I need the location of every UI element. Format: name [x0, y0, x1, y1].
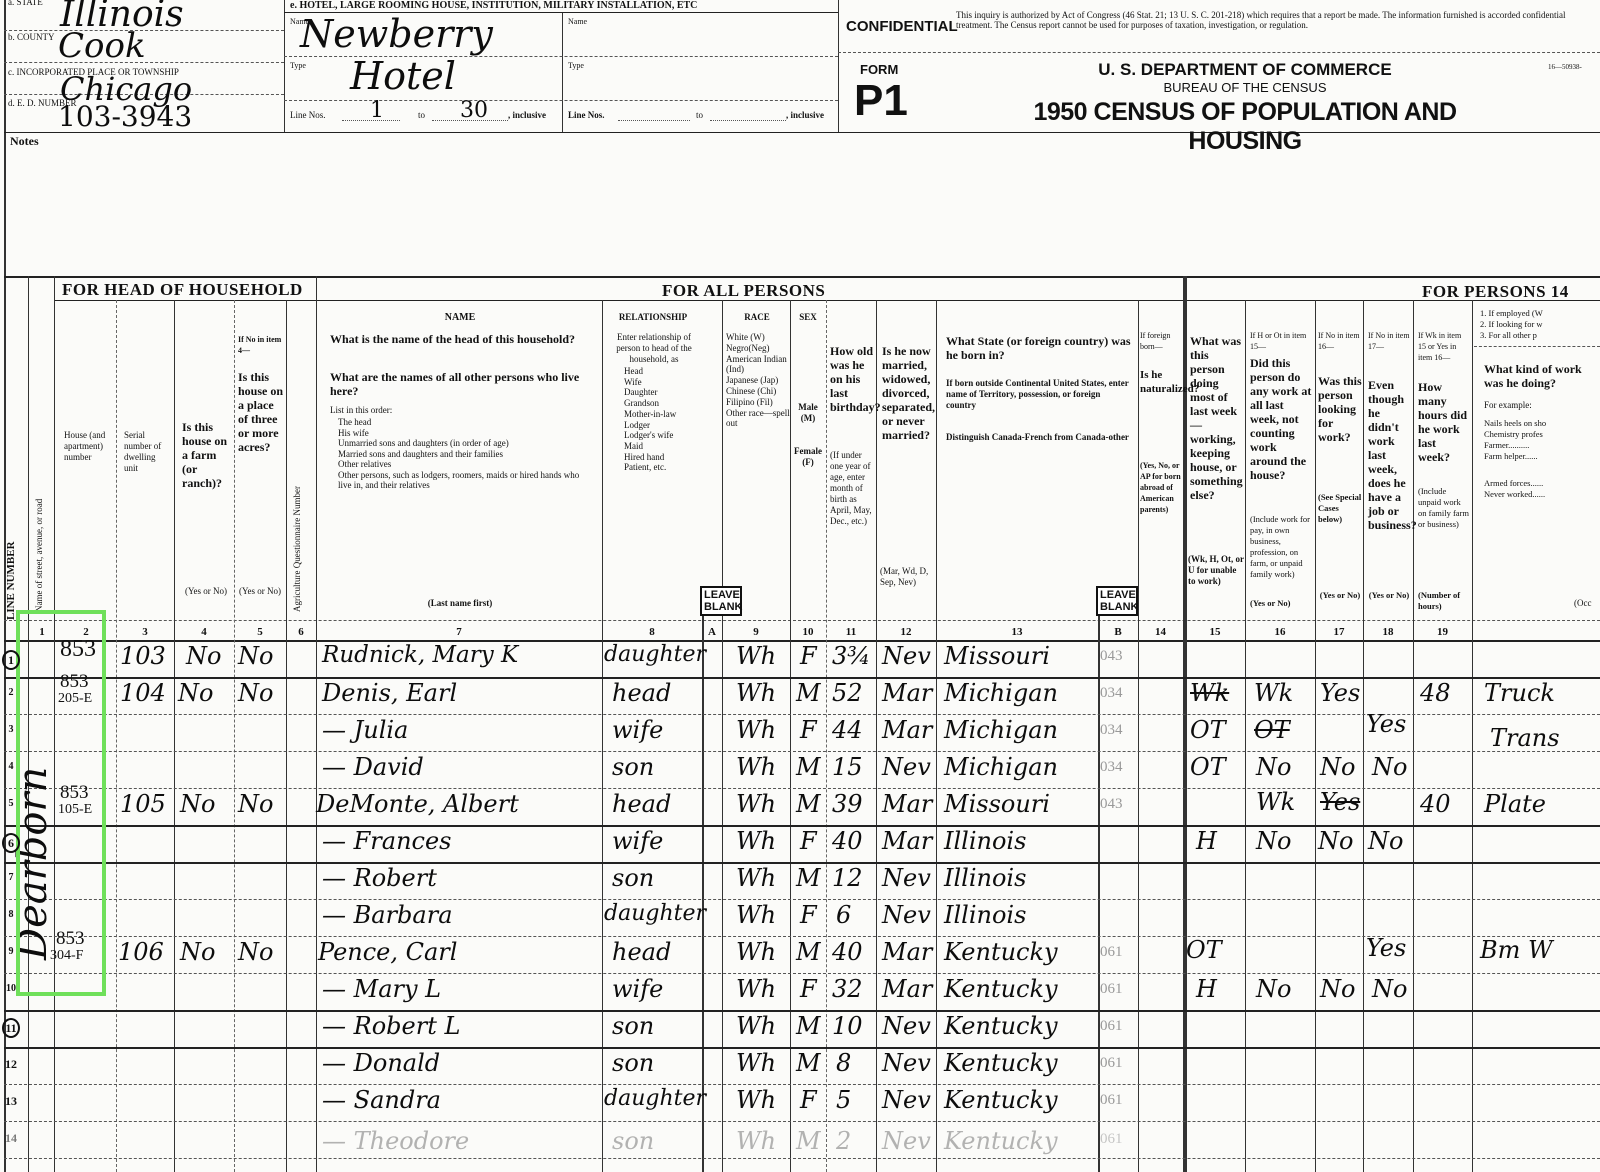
line-from-value: 1 [370, 98, 384, 123]
activity-last-week: OT [1186, 936, 1222, 964]
farm-answer: No [180, 938, 215, 966]
table-row[interactable]: 9 853 304-F 106 No No Pence, Carl head W… [0, 936, 1600, 973]
any-work: No [1256, 753, 1291, 781]
person-name: — Julia [322, 716, 408, 744]
activity-last-week: OT [1190, 753, 1226, 781]
person-name: — Theodore [322, 1127, 469, 1155]
birthplace-code: 034 [1100, 722, 1123, 739]
race: Wh [736, 1049, 776, 1077]
column-number: 12 [876, 626, 936, 638]
marital-status: Mar [882, 938, 932, 966]
table-row[interactable]: 10 — Mary L wife Wh F 32 Mar Kentucky 06… [0, 973, 1600, 1010]
col14-answer-hint: (Yes, No, or AP for born abroad of Ameri… [1140, 460, 1182, 515]
line-number: 11 [2, 1018, 20, 1038]
col17-answer-hint: (Yes or No) [1318, 590, 1362, 601]
col7-order-list: The head His wife Unmarried sons and dau… [338, 417, 594, 491]
column-number: 19 [1413, 626, 1472, 638]
line-number: 12 [2, 1057, 20, 1072]
person-name: Rudnick, Mary K [322, 642, 518, 668]
line-number: 3 [2, 724, 20, 735]
col20-example-label: For example: [1484, 400, 1532, 411]
col10-male: Male (M) [792, 402, 824, 424]
any-work: Wk [1254, 679, 1293, 707]
sex: M [796, 753, 821, 781]
relationship: son [612, 753, 654, 781]
confidential-label: CONFIDENTIAL [846, 18, 958, 35]
birthplace: Illinois [944, 827, 1026, 855]
acres-answer: No [238, 790, 273, 818]
col5-pre: If No in item 4— [238, 334, 282, 356]
birthplace: Kentucky [944, 975, 1058, 1003]
birthplace: Missouri [944, 642, 1050, 670]
col10-title: SEX [792, 312, 824, 323]
person-name: — Barbara [322, 901, 453, 929]
line-number: 9 [2, 946, 20, 957]
sex: F [800, 716, 817, 744]
col19-note: (Include unpaid work on family farm or b… [1418, 486, 1470, 530]
col1-header: Name of street, avenue, or road [34, 499, 45, 612]
col8-examples: Head Wife Daughter Grandson Mother-in-la… [624, 366, 676, 473]
birthplace-code: 034 [1100, 759, 1123, 776]
col7-footnote: (Last name first) [320, 598, 600, 609]
race: Wh [736, 790, 776, 818]
col7-q1: What is the name of the head of this hou… [330, 332, 592, 346]
header-rule [284, 100, 838, 101]
person-name: — Donald [322, 1049, 440, 1077]
any-work: Wk [1256, 788, 1295, 816]
column-number: B [1098, 626, 1138, 638]
has-job: No [1372, 975, 1407, 1003]
race: Wh [736, 642, 776, 670]
notes-area[interactable] [12, 152, 1592, 272]
marital-status: Mar [882, 679, 932, 707]
race: Wh [736, 1127, 776, 1155]
has-job: No [1372, 753, 1407, 781]
birthplace: Kentucky [944, 1086, 1058, 1114]
header-rule [838, 52, 1600, 53]
birthplace: Illinois [944, 864, 1026, 892]
any-work: OT [1254, 716, 1290, 744]
col4-question: Is this house on a farm (or ranch)? [182, 420, 232, 490]
column-number: 7 [316, 626, 602, 638]
type2-label: Type [568, 60, 584, 71]
relationship: son [612, 1012, 654, 1040]
col7-title: NAME [320, 312, 600, 323]
any-work: No [1256, 827, 1291, 855]
age: 2 [836, 1127, 851, 1155]
line-number: 13 [2, 1094, 20, 1109]
col14-question: Is he naturalized? [1140, 368, 1182, 396]
form-code: 16—50938- [1548, 62, 1582, 73]
ed-value: 103-3943 [58, 100, 192, 133]
sex: M [796, 1127, 821, 1155]
looking-for-work: No [1318, 827, 1353, 855]
marital-status: Mar [882, 716, 932, 744]
col8-intro: Enter relationship of person to head of … [606, 332, 702, 365]
column-number: 8 [602, 626, 702, 638]
column-number: 9 [722, 626, 790, 638]
col3-header: Serial number of dwelling unit [124, 430, 170, 474]
birthplace-code: 061 [1100, 981, 1123, 998]
serial-number: 103 [120, 642, 166, 670]
line-to-label: to [418, 110, 425, 121]
birthplace-code: 034 [1100, 685, 1123, 702]
col15-answer-hint: (Wk, H, Ot, or U for unable to work) [1188, 554, 1244, 587]
acres-answer: No [238, 679, 273, 707]
age: 6 [836, 901, 851, 929]
birthplace: Illinois [944, 901, 1026, 929]
table-row[interactable]: 12 — Donald son Wh M 8 Nev Kentucky 061 [0, 1047, 1600, 1084]
relationship: wife [612, 716, 663, 744]
bureau-name: BUREAU OF THE CENSUS [1000, 80, 1490, 95]
person-name: Pence, Carl [318, 938, 457, 966]
table-row[interactable]: 6 — Frances wife Wh F 40 Mar Illinois H … [0, 825, 1600, 862]
relationship: daughter [604, 642, 706, 667]
birthplace-code: 061 [1100, 944, 1123, 961]
department-name: U. S. DEPARTMENT OF COMMERCE [1000, 60, 1490, 80]
occupation: Trans [1490, 724, 1560, 752]
age: 39 [832, 790, 863, 818]
sex: M [796, 1012, 821, 1040]
birthplace: Michigan [944, 753, 1058, 781]
col13-note2: Distinguish Canada-French from Canada-ot… [946, 432, 1132, 443]
relationship: son [612, 864, 654, 892]
marital-status: Nev [882, 864, 931, 892]
section-all-persons: FOR ALL PERSONS [662, 281, 825, 301]
col20-instructions: 1. If employed (W 2. If looking for w 3.… [1480, 308, 1600, 341]
col18-answer-hint: (Yes or No) [1366, 590, 1412, 601]
column-number: 13 [936, 626, 1098, 638]
birthplace-code: 061 [1100, 1131, 1123, 1148]
col12-answer-hint: (Mar, Wd, D, Sep, Nev) [880, 566, 934, 588]
birthplace-code: 043 [1100, 796, 1123, 813]
column-number: 11 [826, 626, 876, 638]
race: Wh [736, 1012, 776, 1040]
col7-order-label: List in this order: [330, 405, 392, 416]
section-head-of-household: FOR HEAD OF HOUSEHOLD [62, 280, 303, 300]
activity-last-week: H [1196, 975, 1217, 1003]
race: Wh [736, 864, 776, 892]
has-job: Yes [1366, 934, 1406, 962]
col12-question: Is he now married, widowed, divorced, se… [882, 344, 934, 442]
table-row[interactable]: 2 853 205-E 104 No No Denis, Earl head W… [0, 677, 1600, 714]
column-number: 5 [234, 626, 286, 638]
line-to-value: 30 [460, 98, 488, 123]
acres-answer: No [238, 938, 273, 966]
name2-label: Name [568, 16, 587, 27]
county-label: b. COUNTY [8, 32, 55, 43]
relationship: wife [612, 975, 663, 1003]
column-number: 10 [790, 626, 826, 638]
leave-blank-b: LEAVE BLANK [1096, 586, 1138, 616]
age: 10 [832, 1012, 863, 1040]
notes-label: Notes [10, 136, 39, 147]
house-number: 853 [60, 636, 96, 663]
sex: F [800, 1086, 817, 1114]
header-divider [562, 12, 563, 132]
looking-for-work: Yes [1320, 788, 1360, 816]
person-name: DeMonte, Albert [316, 790, 519, 818]
birthplace-code: 061 [1100, 1018, 1123, 1035]
colnum-rule [4, 620, 1600, 621]
col6-header: Agriculture Questionnaire Number [292, 486, 303, 612]
person-name: — Mary L [322, 975, 441, 1003]
col8-title: RELATIONSHIP [604, 312, 702, 323]
age: 52 [832, 679, 863, 707]
col9-title: RACE [724, 312, 790, 323]
column-number: A [702, 626, 722, 638]
person-name: — Frances [322, 827, 451, 855]
column-number: 15 [1185, 626, 1245, 638]
col19-question: How many hours did he work last week? [1418, 380, 1470, 464]
hours-worked: 48 [1420, 679, 1451, 707]
relationship: daughter [604, 901, 706, 926]
person-name: — Robert [322, 864, 437, 892]
marital-status: Nev [882, 642, 931, 670]
table-row[interactable]: 8 — Barbara daughter Wh F 6 Nev Illinois [0, 899, 1600, 936]
line-number: 5 [2, 798, 20, 809]
age: 15 [832, 753, 863, 781]
marital-status: Nev [882, 1086, 931, 1114]
marital-status: Nev [882, 1012, 931, 1040]
col9-options: White (W) Negro(Neg) American Indian (In… [726, 332, 790, 429]
table-top-rule [4, 276, 1600, 278]
col16-question: Did this person do any work at all last … [1250, 356, 1314, 482]
sex: F [800, 827, 817, 855]
person-name: Denis, Earl [322, 679, 457, 707]
confidential-text: This inquiry is authorized by Act of Con… [956, 10, 1586, 30]
farm-answer: No [186, 642, 221, 670]
line-number-header: LINE NUMBER [6, 541, 17, 620]
column-number: 14 [1138, 626, 1183, 638]
sex: M [796, 679, 821, 707]
line-to2-label: to [696, 110, 703, 121]
col11-question: How old was he on his last birthday? [830, 344, 874, 414]
line-nos2-label: Line Nos. [568, 110, 605, 121]
marital-status: Nev [882, 1127, 931, 1155]
relationship: wife [612, 827, 663, 855]
table-row[interactable]: 13 — Sandra daughter Wh F 5 Nev Kentucky… [0, 1084, 1600, 1121]
col17-question: Was this person looking for work? [1318, 374, 1362, 444]
column-number: 3 [116, 626, 174, 638]
looking-for-work: No [1320, 975, 1355, 1003]
line-number: 6 [2, 833, 20, 853]
hotel-type-label: Type [290, 60, 306, 71]
col5-question: Is this house on a place of three or mor… [238, 370, 284, 454]
col14-pre: If foreign born— [1140, 330, 1180, 352]
birthplace: Michigan [944, 716, 1058, 744]
age: 32 [832, 975, 863, 1003]
farm-answer: No [180, 790, 215, 818]
column-number: 4 [174, 626, 234, 638]
sex: F [800, 975, 817, 1003]
col11-note: (If under one year of age, enter month o… [830, 450, 874, 527]
col18-question: Even though he didn't work last week, do… [1368, 378, 1412, 532]
activity-last-week: H [1196, 827, 1217, 855]
race: Wh [736, 679, 776, 707]
apartment-number: 205-E [58, 691, 92, 707]
line-number: 1 [2, 650, 20, 670]
sex: M [796, 864, 821, 892]
header-divider [838, 0, 839, 132]
column-number: 18 [1363, 626, 1413, 638]
birthplace-code: 061 [1100, 1092, 1123, 1109]
apartment-number: 304-F [50, 948, 83, 964]
race: Wh [736, 938, 776, 966]
birthplace: Kentucky [944, 1049, 1058, 1077]
col20-question: What kind of work was he doing? [1484, 362, 1600, 390]
section-persons-14: FOR PERSONS 14 [1422, 282, 1569, 302]
race: Wh [736, 827, 776, 855]
relationship: head [612, 679, 671, 707]
col16-pre: If H or Ot in item 15— [1250, 330, 1312, 352]
county-value: Cook [58, 26, 146, 66]
marital-status: Mar [882, 827, 932, 855]
col20-footnote: (Occ [1574, 598, 1592, 609]
farm-answer: No [178, 679, 213, 707]
race: Wh [736, 975, 776, 1003]
col13-note1: If born outside Continental United State… [946, 378, 1132, 411]
serial-number: 105 [120, 790, 166, 818]
col10-female: Female (F) [792, 446, 824, 468]
marital-status: Nev [882, 753, 931, 781]
header-divider [284, 0, 285, 132]
sex: M [796, 938, 821, 966]
looking-for-work: Yes [1320, 679, 1360, 707]
hotel-type-value: Hotel [350, 54, 456, 98]
line-number: 10 [2, 983, 20, 994]
birthplace-code: 043 [1100, 648, 1123, 665]
activity-last-week: Wk [1190, 679, 1229, 707]
occupation: Plate [1484, 790, 1546, 818]
race: Wh [736, 901, 776, 929]
sex: F [800, 901, 817, 929]
race: Wh [736, 1086, 776, 1114]
col15-question: What was this person doing most of last … [1190, 334, 1244, 502]
any-work: No [1256, 975, 1291, 1003]
column-number: 6 [286, 626, 316, 638]
inclusive2-label: , inclusive [786, 110, 824, 121]
hotel-section-label: e. HOTEL, LARGE ROOMING HOUSE, INSTITUTI… [290, 0, 697, 11]
line-number: 4 [2, 761, 20, 772]
sex: M [796, 1049, 821, 1077]
sex: F [800, 642, 817, 670]
col13-question: What State (or foreign country) was he b… [946, 334, 1134, 362]
col19-answer-hint: (Number of hours) [1418, 590, 1470, 612]
age: 8 [836, 1049, 851, 1077]
marital-status: Nev [882, 901, 931, 929]
line-number: 7 [2, 872, 20, 883]
line-nos-label: Line Nos. [290, 110, 326, 121]
serial-number: 106 [118, 938, 164, 966]
col20-examples: Nails heels on sho Chemistry profes Farm… [1484, 418, 1600, 500]
age: 44 [832, 716, 863, 744]
age: 40 [832, 938, 863, 966]
relationship: head [612, 790, 671, 818]
house-number: 853 [56, 928, 85, 950]
apartment-number: 105-E [58, 802, 92, 818]
age: 3¾ [832, 642, 871, 670]
age: 12 [832, 864, 863, 892]
column-number: 17 [1315, 626, 1363, 638]
relationship: daughter [604, 1086, 706, 1111]
column-number: 16 [1245, 626, 1315, 638]
birthplace: Kentucky [944, 938, 1058, 966]
inclusive-label: , inclusive [508, 110, 546, 121]
marital-status: Mar [882, 790, 932, 818]
has-job: No [1368, 827, 1403, 855]
serial-number: 104 [120, 679, 166, 707]
birthplace: Missouri [944, 790, 1050, 818]
race: Wh [736, 716, 776, 744]
col4-answer-hint: (Yes or No) [180, 586, 232, 597]
col2-header: House (and apartment) number [64, 430, 110, 463]
relationship: son [612, 1049, 654, 1077]
census-title: 1950 CENSUS OF POPULATION AND HOUSING [990, 98, 1500, 156]
col17-note: (See Special Cases below) [1318, 492, 1362, 525]
person-name: — Sandra [322, 1086, 441, 1114]
person-name: — Robert L [322, 1012, 460, 1040]
sex: M [796, 790, 821, 818]
table-row[interactable]: 7 — Robert son Wh M 12 Nev Illinois [0, 862, 1600, 899]
form-number: P1 [854, 78, 908, 124]
person-name: — David [322, 753, 424, 781]
col19-pre: If Wk in item 15 or Yes in item 16— [1418, 330, 1470, 363]
age: 5 [836, 1086, 851, 1114]
acres-answer: No [238, 642, 273, 670]
birthplace-code: 061 [1100, 1055, 1123, 1072]
census-page: a. STATE Illinois b. COUNTY Cook c. INCO… [0, 0, 1600, 1172]
table-row[interactable]: 14 — Theodore son Wh M 2 Nev Kentucky 06… [0, 1121, 1600, 1158]
marital-status: Mar [882, 975, 932, 1003]
form-label: FORM [860, 62, 898, 77]
table-row[interactable]: 4 — David son Wh M 15 Nev Michigan 034 O… [0, 751, 1600, 788]
table-row[interactable]: 1 853 103 No No Rudnick, Mary K daughter… [0, 640, 1600, 677]
hours-worked: 40 [1420, 790, 1451, 818]
col16-note: (Include work for pay, in own business, … [1250, 514, 1314, 580]
state-label: a. STATE [8, 0, 43, 8]
house-number: 853 [60, 782, 89, 804]
col18-pre: If No in item 17— [1368, 330, 1412, 352]
has-job: Yes [1366, 710, 1406, 738]
occupation: Truck [1484, 679, 1555, 707]
activity-last-week: OT [1190, 716, 1226, 744]
table-row[interactable]: 5 853 105-E 105 No No DeMonte, Albert he… [0, 788, 1600, 825]
col16-answer-hint: (Yes or No) [1250, 598, 1314, 609]
relationship: head [612, 938, 671, 966]
table-row[interactable]: 3 — Julia wife Wh F 44 Mar Michigan 034 … [0, 714, 1600, 751]
col17-pre: If No in item 16— [1318, 330, 1362, 352]
relationship: son [612, 1127, 654, 1155]
line-number: 8 [2, 909, 20, 920]
leave-blank-a: LEAVE BLANK [700, 586, 742, 616]
age: 40 [832, 827, 863, 855]
col5-answer-hint: (Yes or No) [236, 586, 284, 597]
race: Wh [736, 753, 776, 781]
occupation: Bm W [1480, 936, 1553, 964]
marital-status: Nev [882, 1049, 931, 1077]
col7-q2: What are the names of all other persons … [330, 370, 592, 398]
table-row[interactable]: 11 — Robert L son Wh M 10 Nev Kentucky 0… [0, 1010, 1600, 1047]
looking-for-work: No [1320, 753, 1355, 781]
line-number: 2 [2, 687, 20, 698]
house-number: 853 [60, 671, 89, 693]
birthplace: Kentucky [944, 1012, 1058, 1040]
birthplace: Kentucky [944, 1127, 1058, 1155]
line-number: 14 [2, 1131, 20, 1146]
birthplace: Michigan [944, 679, 1058, 707]
hotel-name-value: Newberry [300, 12, 493, 56]
